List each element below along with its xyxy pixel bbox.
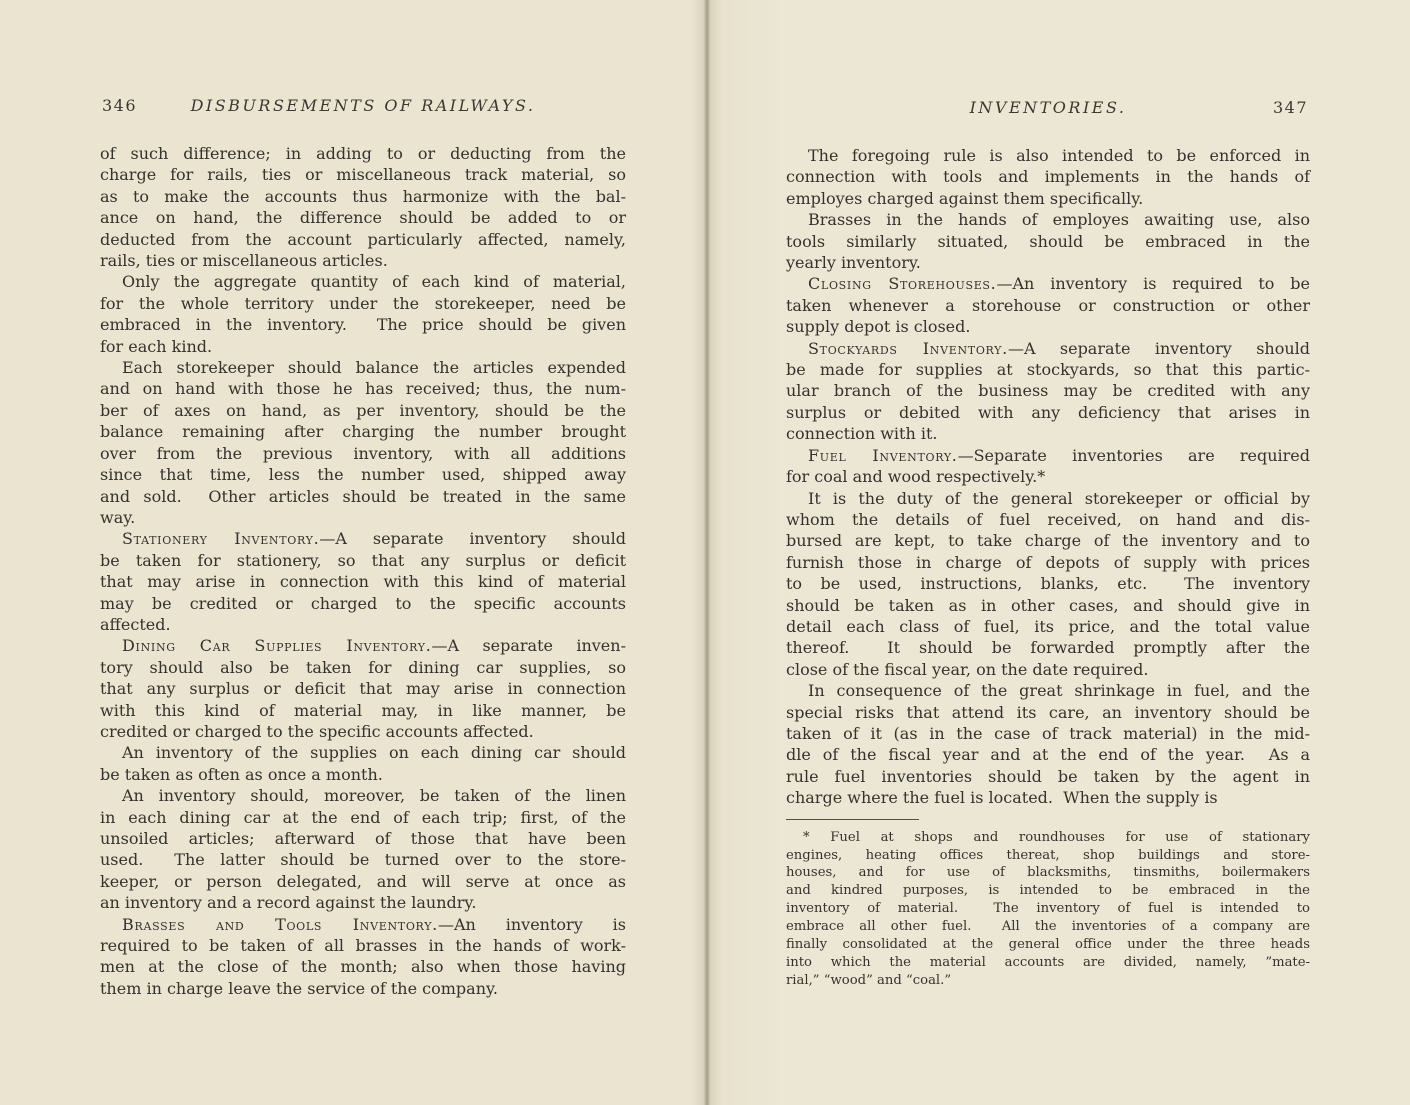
running-title-left: DISBURSEMENTS OF RAILWAYS. <box>100 96 626 115</box>
text-line: taken of it (as in the case of track mat… <box>786 723 1310 744</box>
text-line: ance on hand, the difference should be a… <box>100 207 626 228</box>
text-line: ber of axes on hand, as per inventory, s… <box>100 400 626 421</box>
text-line: It is the duty of the general storekeepe… <box>786 488 1310 509</box>
paragraph: It is the duty of the general storekeepe… <box>786 488 1310 681</box>
text-line: special risks that attend its care, an i… <box>786 702 1310 723</box>
page-347-body: The foregoing rule is also intended to b… <box>786 145 1310 809</box>
text-line: an inventory and a record against the la… <box>100 892 626 913</box>
paragraph: * Fuel at shops and roundhouses for use … <box>786 829 1310 990</box>
page-number-347: 347 <box>1273 98 1308 117</box>
paragraph: Stationery Inventory.—A separate invento… <box>100 528 626 635</box>
text-line: used. The latter should be turned over t… <box>100 849 626 870</box>
text-line: should be taken as in other cases, and s… <box>786 595 1310 616</box>
text-line: finally consolidated at the general offi… <box>786 936 1310 954</box>
text-line: In consequence of the great shrinkage in… <box>786 680 1310 701</box>
book-spread: 346 DISBURSEMENTS OF RAILWAYS. of such d… <box>0 0 1410 1105</box>
text-line: in each dining car at the end of each tr… <box>100 807 626 828</box>
text-line: may be credited or charged to the specif… <box>100 593 626 614</box>
page-346-body: of such difference; in adding to or dedu… <box>100 143 626 999</box>
paragraph: An inventory of the supplies on each din… <box>100 742 626 785</box>
text-line: for the whole territory under the storek… <box>100 293 626 314</box>
text-line: inventory of material. The inventory of … <box>786 900 1310 918</box>
text-line: and kindred purposes, is intended to be … <box>786 882 1310 900</box>
text-line: into which the material accounts are div… <box>786 954 1310 972</box>
paragraph: An inventory should, moreover, be taken … <box>100 785 626 913</box>
paragraph: Dining Car Supplies Inventory.—A separat… <box>100 635 626 742</box>
text-line: engines, heating offices thereat, shop b… <box>786 847 1310 865</box>
text-line: Brasses in the hands of employes awaitin… <box>786 209 1310 230</box>
paragraph: Only the aggregate quantity of each kind… <box>100 271 626 357</box>
text-line: unsoiled articles; afterward of those th… <box>100 828 626 849</box>
text-line: of such difference; in adding to or dedu… <box>100 143 626 164</box>
paragraph: Each storekeeper should balance the arti… <box>100 357 626 528</box>
text-line: over from the previous inventory, with a… <box>100 443 626 464</box>
text-line: them in charge leave the service of the … <box>100 978 626 999</box>
text-line: embrace all other fuel. All the inventor… <box>786 918 1310 936</box>
paragraph: In consequence of the great shrinkage in… <box>786 680 1310 808</box>
paragraph: Brasses in the hands of employes awaitin… <box>786 209 1310 273</box>
paragraph: Stockyards Inventory.—A separate invento… <box>786 338 1310 445</box>
text-line: connection with it. <box>786 423 1310 444</box>
small-caps-heading: Stockyards Inventory. <box>808 339 1008 358</box>
text-line: The foregoing rule is also intended to b… <box>786 145 1310 166</box>
text-line: employes charged against them specifical… <box>786 188 1310 209</box>
footnote-rule <box>786 819 919 820</box>
paragraph: The foregoing rule is also intended to b… <box>786 145 1310 209</box>
text-line: required to be taken of all brasses in t… <box>100 935 626 956</box>
text-line: thereof. It should be forwarded promptly… <box>786 637 1310 658</box>
text-line: connection with tools and implements in … <box>786 166 1310 187</box>
text-line: affected. <box>100 614 626 635</box>
paragraph: Closing Storehouses.—An inventory is req… <box>786 273 1310 337</box>
text-line: way. <box>100 507 626 528</box>
text-line: charge where the fuel is located. When t… <box>786 787 1310 808</box>
text-line: An inventory should, moreover, be taken … <box>100 785 626 806</box>
text-line: embraced in the inventory. The price sho… <box>100 314 626 335</box>
text-line: close of the fiscal year, on the date re… <box>786 659 1310 680</box>
text-line: supply depot is closed. <box>786 316 1310 337</box>
text-line: to be used, instructions, blanks, etc. T… <box>786 573 1310 594</box>
text-line: Each storekeeper should balance the arti… <box>100 357 626 378</box>
small-caps-heading: Dining Car Supplies Inventory. <box>122 636 432 655</box>
paragraph: Fuel Inventory.—Separate inventories are… <box>786 445 1310 488</box>
text-line: since that time, less the number used, s… <box>100 464 626 485</box>
text-line: rial,” “wood” and “coal.” <box>786 972 1310 990</box>
small-caps-heading: Brasses and Tools Inventory. <box>122 915 438 934</box>
text-line: rule fuel inventories should be taken by… <box>786 766 1310 787</box>
text-line: men at the close of the month; also when… <box>100 956 626 977</box>
text-line: that any surplus or deficit that may ari… <box>100 678 626 699</box>
text-line: Closing Storehouses.—An inventory is req… <box>786 273 1310 294</box>
text-line: Dining Car Supplies Inventory.—A separat… <box>100 635 626 656</box>
text-line: and on hand with those he has received; … <box>100 378 626 399</box>
text-line: Stockyards Inventory.—A separate invento… <box>786 338 1310 359</box>
text-line: Brasses and Tools Inventory.—An inventor… <box>100 914 626 935</box>
text-line: Only the aggregate quantity of each kind… <box>100 271 626 292</box>
text-line: tory should also be taken for dining car… <box>100 657 626 678</box>
running-header-left: 346 DISBURSEMENTS OF RAILWAYS. <box>100 96 626 118</box>
text-line: keeper, or person delegated, and will se… <box>100 871 626 892</box>
text-line: furnish those in charge of depots of sup… <box>786 552 1310 573</box>
text-line: with this kind of material may, in like … <box>100 700 626 721</box>
text-line: be taken for stationery, so that any sur… <box>100 550 626 571</box>
text-line: yearly inventory. <box>786 252 1310 273</box>
text-line: whom the details of fuel received, on ha… <box>786 509 1310 530</box>
text-line: for coal and wood respectively.* <box>786 466 1310 487</box>
text-line: be taken as often as once a month. <box>100 764 626 785</box>
text-line: ular branch of the business may be credi… <box>786 380 1310 401</box>
text-line: that may arise in connection with this k… <box>100 571 626 592</box>
text-line: detail each class of fuel, its price, an… <box>786 616 1310 637</box>
page-left-content: 346 DISBURSEMENTS OF RAILWAYS. of such d… <box>100 96 626 999</box>
text-line: for each kind. <box>100 336 626 357</box>
running-title-right: INVENTORIES. <box>786 98 1310 117</box>
text-line: be made for supplies at stockyards, so t… <box>786 359 1310 380</box>
text-line: balance remaining after charging the num… <box>100 421 626 442</box>
book-scan: { "left_page": { "page_number": "346", "… <box>0 0 1410 1105</box>
small-caps-heading: Fuel Inventory. <box>808 446 958 465</box>
text-line: Fuel Inventory.—Separate inventories are… <box>786 445 1310 466</box>
text-line: * Fuel at shops and roundhouses for use … <box>786 829 1310 847</box>
paragraph: of such difference; in adding to or dedu… <box>100 143 626 271</box>
text-line: and sold. Other articles should be treat… <box>100 486 626 507</box>
text-line: taken whenever a storehouse or construct… <box>786 295 1310 316</box>
small-caps-heading: Stationery Inventory. <box>122 529 319 548</box>
paragraph: Brasses and Tools Inventory.—An inventor… <box>100 914 626 1000</box>
running-header-right: INVENTORIES. 347 <box>786 98 1310 120</box>
text-line: tools similarly situated, should be embr… <box>786 231 1310 252</box>
footnote: * Fuel at shops and roundhouses for use … <box>786 819 1310 990</box>
text-line: bursed are kept, to take charge of the i… <box>786 530 1310 551</box>
text-line: Stationery Inventory.—A separate invento… <box>100 528 626 549</box>
text-line: charge for rails, ties or miscellaneous … <box>100 164 626 185</box>
text-line: credited or charged to the specific acco… <box>100 721 626 742</box>
page-right-content: INVENTORIES. 347 The foregoing rule is a… <box>786 98 1310 990</box>
text-line: surplus or debited with any deficiency t… <box>786 402 1310 423</box>
text-line: deducted from the account particularly a… <box>100 229 626 250</box>
footnote-body: * Fuel at shops and roundhouses for use … <box>786 829 1310 990</box>
text-line: rails, ties or miscellaneous articles. <box>100 250 626 271</box>
text-line: houses, and for use of blacksmiths, tins… <box>786 864 1310 882</box>
text-line: dle of the fiscal year and at the end of… <box>786 744 1310 765</box>
text-line: An inventory of the supplies on each din… <box>100 742 626 763</box>
small-caps-heading: Closing Storehouses. <box>808 274 996 293</box>
text-line: as to make the accounts thus harmonize w… <box>100 186 626 207</box>
